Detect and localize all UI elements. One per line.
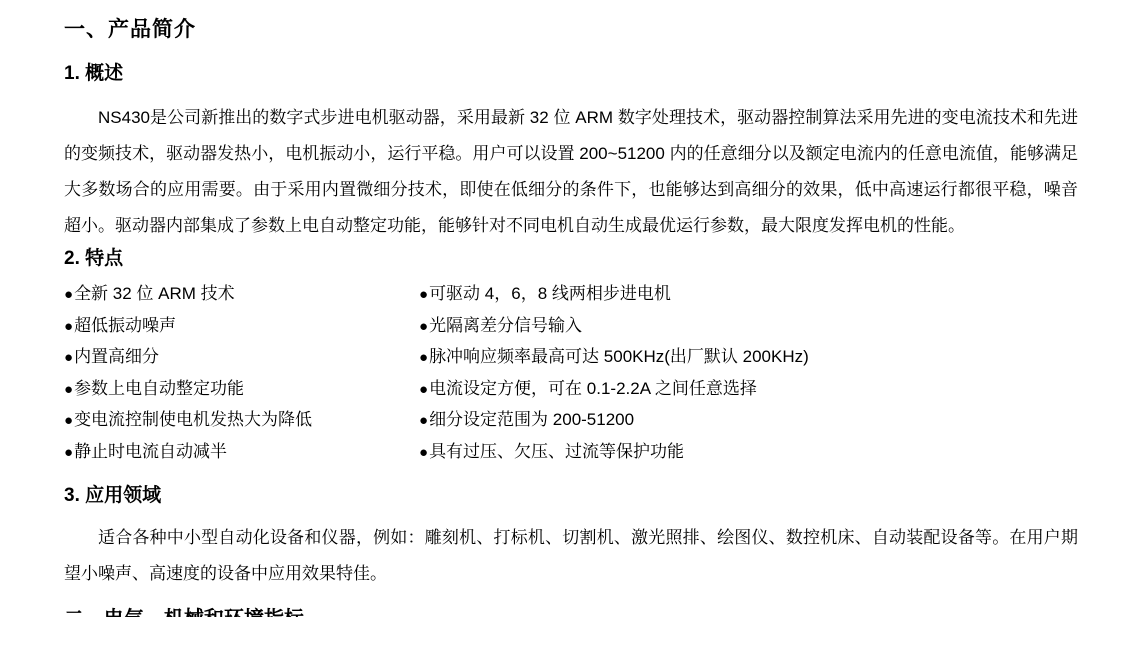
feature-column-left: ●全新 32 位 ARM 技术 ●超低振动噪声 ●内置高细分 ●参数上电自动整定… bbox=[64, 279, 419, 468]
feature-item: ●全新 32 位 ARM 技术 bbox=[64, 279, 419, 311]
next-section-clipped-container: 二、电气、机械和环境指标 bbox=[64, 607, 1078, 617]
feature-item-label: 超低振动噪声 bbox=[74, 316, 176, 335]
feature-list: ●全新 32 位 ARM 技术 ●超低振动噪声 ●内置高细分 ●参数上电自动整定… bbox=[64, 279, 1078, 468]
feature-item: ●光隔离差分信号输入 bbox=[419, 311, 1078, 343]
feature-item-label: 变电流控制使电机发热大为降低 bbox=[74, 410, 312, 429]
feature-item: ●内置高细分 bbox=[64, 342, 419, 374]
bullet-icon: ● bbox=[64, 286, 73, 303]
overview-paragraph: NS430是公司新推出的数字式步进电机驱动器，采用最新 32 位 ARM 数字处… bbox=[64, 100, 1078, 244]
section-heading-applications: 3. 应用领域 bbox=[64, 484, 1078, 508]
page-title: 一、产品简介 bbox=[64, 18, 1078, 42]
bullet-icon: ● bbox=[419, 286, 428, 303]
feature-item-label: 脉冲响应频率最高可达 500KHz(出厂默认 200KHz) bbox=[429, 347, 809, 366]
bullet-icon: ● bbox=[419, 412, 428, 429]
feature-item: ●超低振动噪声 bbox=[64, 311, 419, 343]
feature-item: ●静止时电流自动减半 bbox=[64, 437, 419, 469]
feature-item-label: 具有过压、欠压、过流等保护功能 bbox=[429, 442, 684, 461]
feature-column-right: ●可驱动 4，6，8 线两相步进电机 ●光隔离差分信号输入 ●脉冲响应频率最高可… bbox=[419, 279, 1078, 468]
bullet-icon: ● bbox=[64, 381, 73, 398]
feature-item: ●可驱动 4，6，8 线两相步进电机 bbox=[419, 279, 1078, 311]
feature-item: ●电流设定方便，可在 0.1-2.2A 之间任意选择 bbox=[419, 374, 1078, 406]
bullet-icon: ● bbox=[64, 444, 73, 461]
feature-item-label: 静止时电流自动减半 bbox=[74, 442, 227, 461]
document-page: 一、产品简介 1. 概述 NS430是公司新推出的数字式步进电机驱动器，采用最新… bbox=[0, 0, 1141, 654]
bullet-icon: ● bbox=[64, 349, 73, 366]
bullet-icon: ● bbox=[64, 412, 73, 429]
bullet-icon: ● bbox=[419, 444, 428, 461]
feature-item-label: 光隔离差分信号输入 bbox=[429, 316, 582, 335]
feature-item-label: 全新 32 位 ARM 技术 bbox=[74, 284, 235, 303]
section-heading-next-clipped: 二、电气、机械和环境指标 bbox=[64, 607, 1078, 617]
section-heading-overview: 1. 概述 bbox=[64, 62, 1078, 86]
feature-item: ●变电流控制使电机发热大为降低 bbox=[64, 405, 419, 437]
feature-item-label: 电流设定方便，可在 0.1-2.2A 之间任意选择 bbox=[429, 379, 757, 398]
feature-item-label: 可驱动 4，6，8 线两相步进电机 bbox=[429, 284, 671, 303]
applications-paragraph: 适合各种中小型自动化设备和仪器，例如：雕刻机、打标机、切割机、激光照排、绘图仪、… bbox=[64, 520, 1078, 592]
bullet-icon: ● bbox=[419, 318, 428, 335]
section-heading-features: 2. 特点 bbox=[64, 247, 1078, 271]
feature-item: ●细分设定范围为 200-51200 bbox=[419, 405, 1078, 437]
feature-item-label: 内置高细分 bbox=[74, 347, 159, 366]
feature-item: ●脉冲响应频率最高可达 500KHz(出厂默认 200KHz) bbox=[419, 342, 1078, 374]
feature-item-label: 细分设定范围为 200-51200 bbox=[429, 410, 634, 429]
feature-item: ●参数上电自动整定功能 bbox=[64, 374, 419, 406]
feature-item-label: 参数上电自动整定功能 bbox=[74, 379, 244, 398]
bullet-icon: ● bbox=[64, 318, 73, 335]
bullet-icon: ● bbox=[419, 381, 428, 398]
bullet-icon: ● bbox=[419, 349, 428, 366]
feature-item: ●具有过压、欠压、过流等保护功能 bbox=[419, 437, 1078, 469]
